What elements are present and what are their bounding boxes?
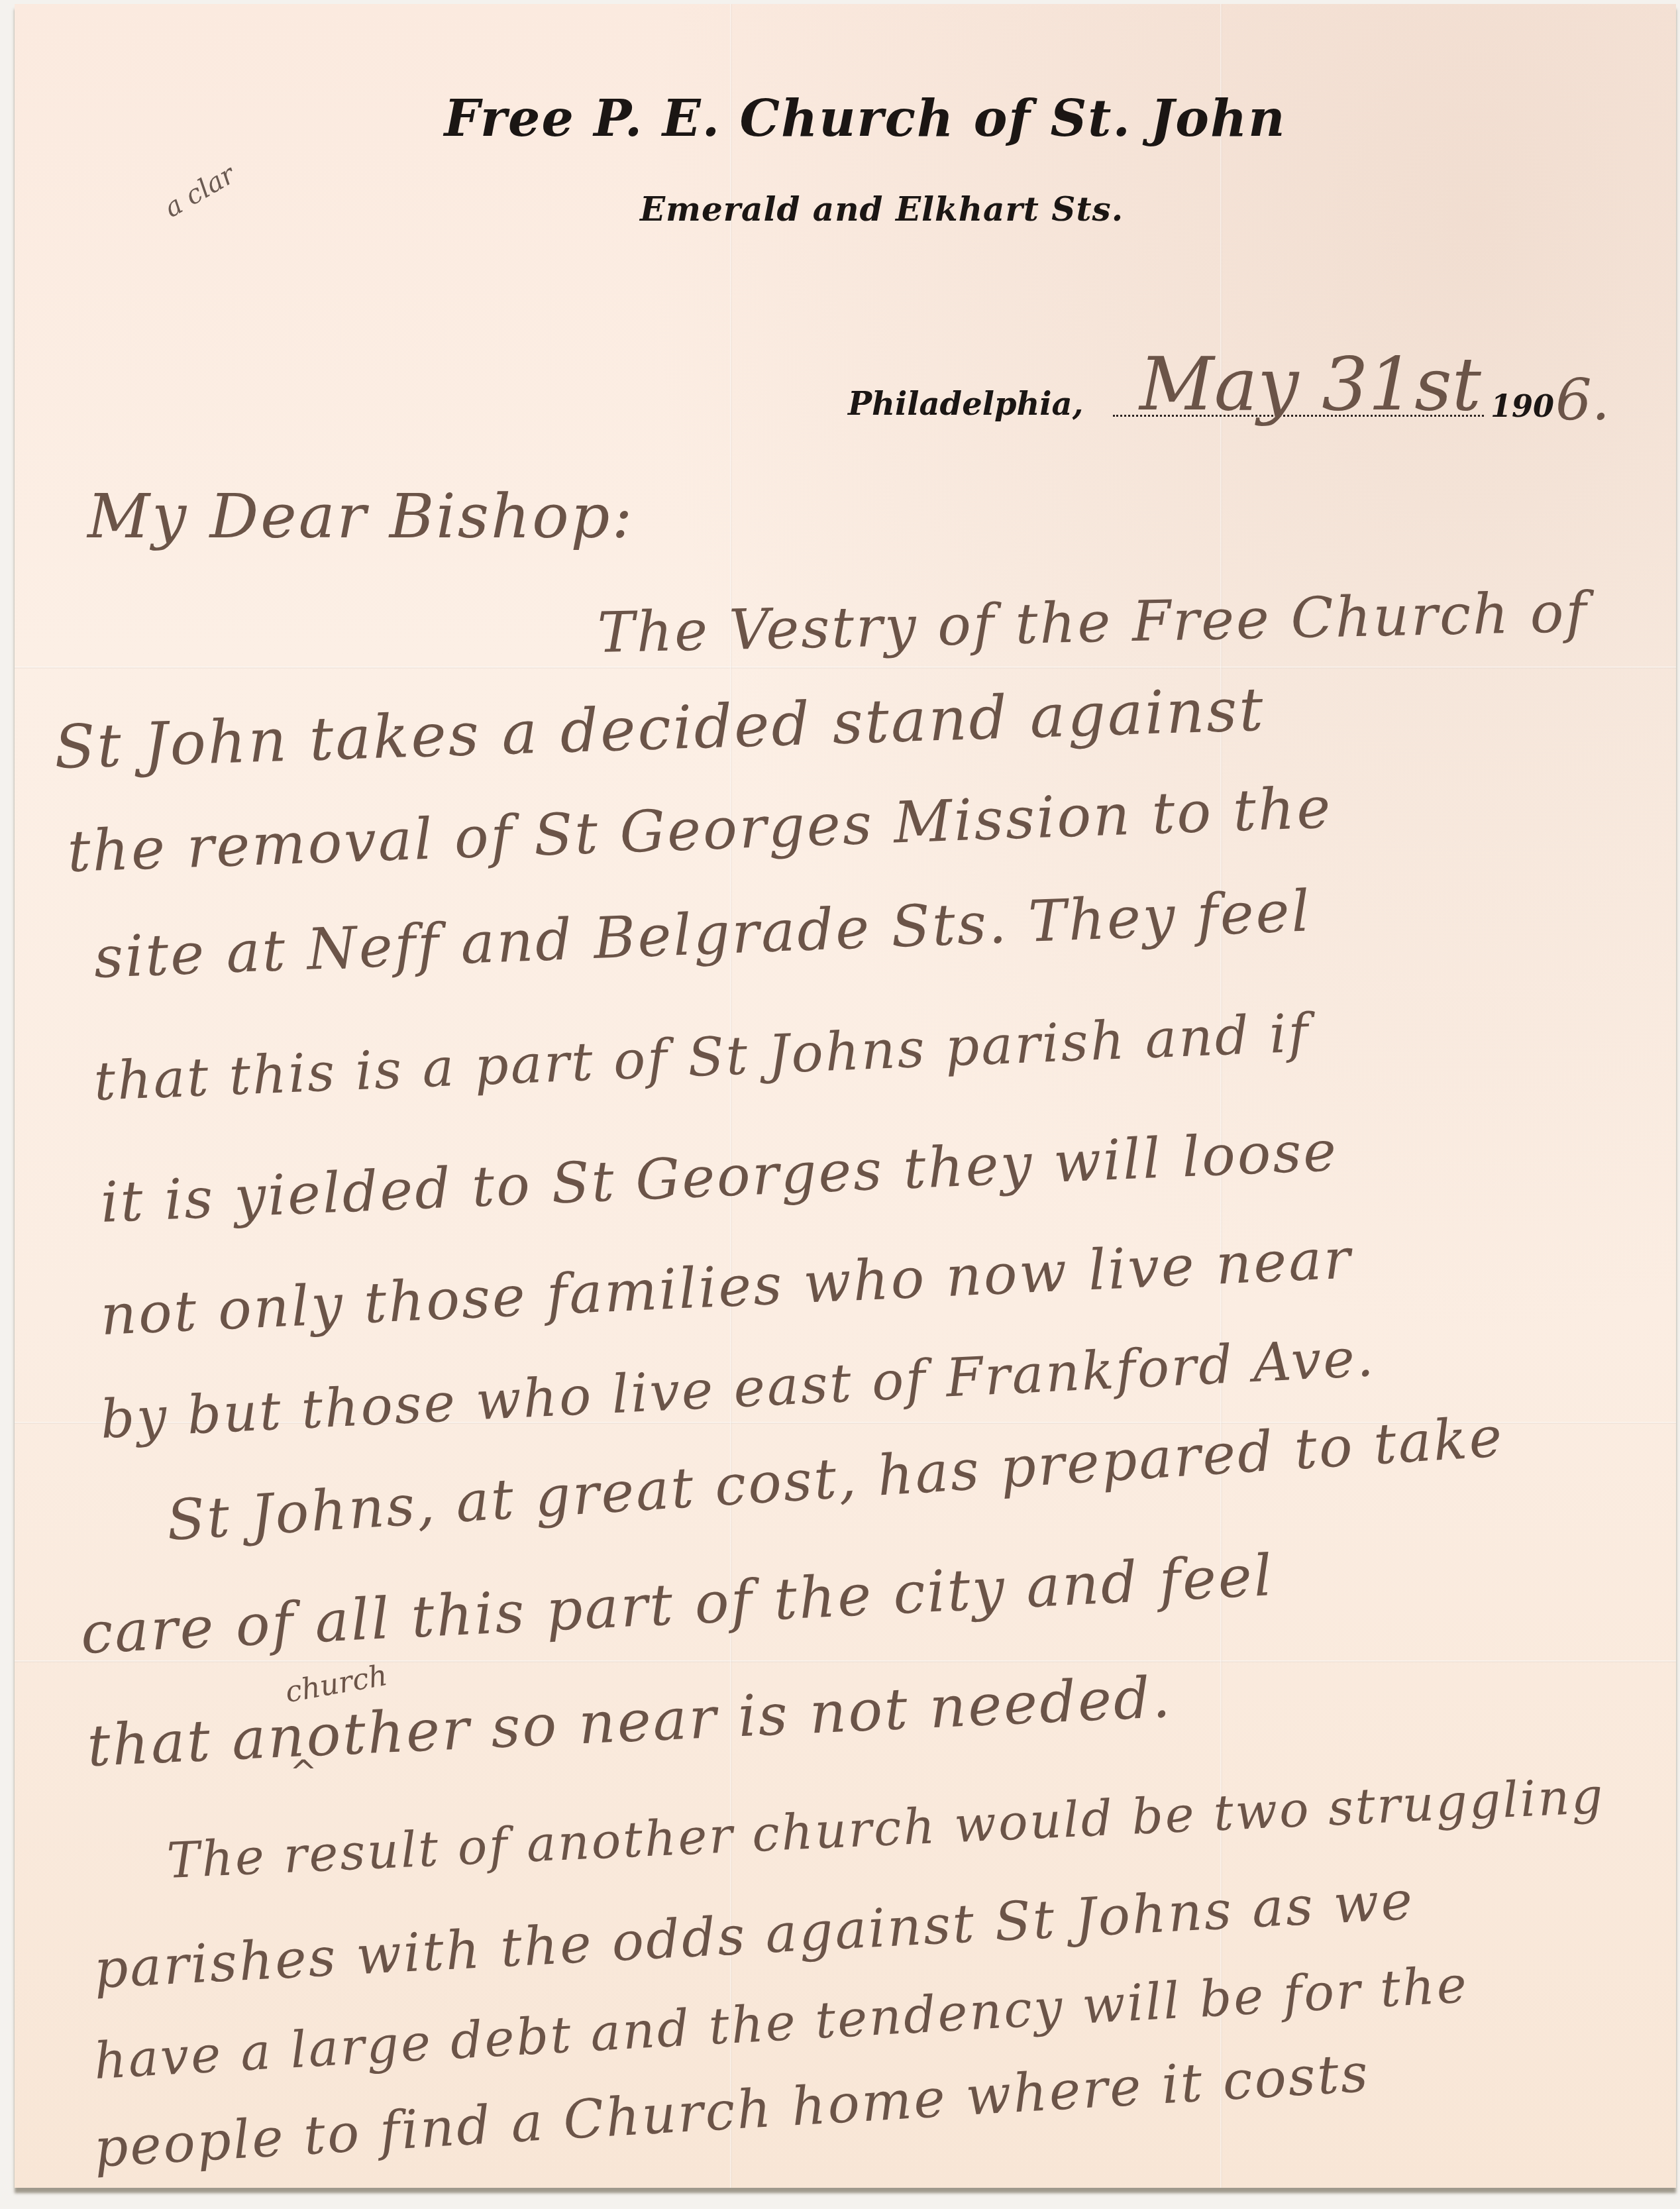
body-line: St John takes a decided stand against <box>53 675 1266 782</box>
body-line: that this is a part of St Johns parish a… <box>93 1002 1311 1112</box>
dateline-year-printed: 190 <box>1491 388 1554 424</box>
body-line: site at Neff and Belgrade Sts. They feel <box>93 878 1313 991</box>
letter-page: Free P. E. Church of St. John Emerald an… <box>15 4 1676 2188</box>
body-line: it is yielded to St Georges they will lo… <box>99 1118 1339 1235</box>
body-line: care of all this part of the city and fe… <box>79 1542 1276 1667</box>
fold-line <box>1220 4 1222 2188</box>
body-line: not only those families who now live nea… <box>99 1226 1353 1348</box>
insertion-caret: ^ <box>289 1753 317 1792</box>
body-line: the removal of St Georges Mission to the <box>66 775 1334 885</box>
fold-line <box>15 1660 1676 1662</box>
fold-line <box>15 667 1676 669</box>
body-line: that another so near is not needed. <box>86 1664 1173 1780</box>
letterhead-title: Free P. E. Church of St. John <box>15 89 1676 148</box>
dateline-city: Philadelphia, <box>848 386 1083 423</box>
dateline: Philadelphia, May 31st 190 6. <box>848 349 1643 428</box>
dateline-handwritten-date: May 31st <box>1139 342 1481 427</box>
letterhead-address: Emerald and Elkhart Sts. <box>15 189 1676 229</box>
salutation: My Dear Bishop: <box>87 481 634 552</box>
body-line: The Vestry of the Free Church of <box>597 580 1589 665</box>
dateline-year-handwritten: 6. <box>1555 367 1610 433</box>
